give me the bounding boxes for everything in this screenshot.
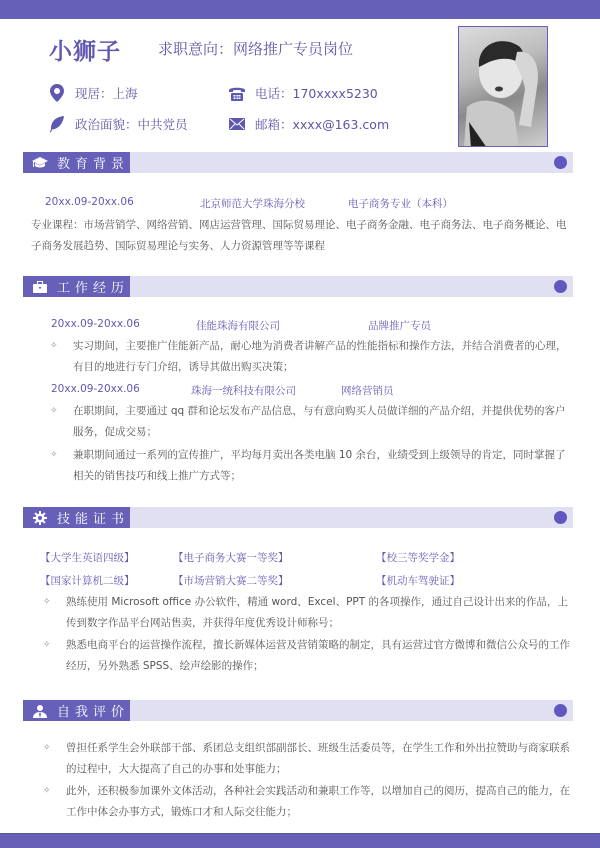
section-dot (554, 156, 567, 169)
job-intent: 求职意向：网络推广专员岗位 (158, 38, 353, 59)
bottom-accent-bar (0, 833, 600, 848)
cert-item: 【市场营销大赛二等奖】 (173, 573, 289, 588)
section-header-education: 教育背景 (23, 152, 573, 173)
profile-photo (458, 26, 548, 147)
section-tag-self: 自我评价 (23, 700, 130, 721)
self-bullet: ✧ 曾担任系学生会外联部干部、系团总支组织部副部长、班级生活委员等，在学生工作和… (43, 738, 578, 780)
bullet-diamond-icon: ✧ (50, 445, 58, 466)
work-period: 20xx.09-20xx.06 (51, 383, 191, 398)
section-header-skills: 技能证书 (23, 507, 573, 528)
section-header-work: 工作经历 (23, 276, 573, 297)
bullet-diamond-icon: ✧ (43, 738, 51, 759)
politics-text: 政治面貌：中共党员 (75, 115, 188, 133)
self-bullet: ✧ 此外，还积极参加课外文体活动，各种社会实践活动和兼职工作等，以增加自己的阅历… (43, 781, 578, 823)
section-tag-education: 教育背景 (23, 152, 130, 173)
cert-item: 【校三等奖学金】 (376, 550, 460, 565)
phone-info: 电话：170xxxx5230 (228, 84, 378, 102)
work-row-1: 20xx.09-20xx.06 佳能珠海有限公司 品牌推广专员 (51, 318, 431, 333)
section-title-skills: 技能证书 (57, 508, 129, 527)
cert-item: 【机动车驾驶证】 (376, 573, 460, 588)
bullet-diamond-icon: ✧ (50, 401, 58, 422)
section-tag-skills: 技能证书 (23, 507, 130, 528)
gear-icon (32, 511, 48, 525)
cert-item: 【电子商务大赛一等奖】 (173, 550, 289, 565)
education-period: 20xx.09-20xx.06 (45, 196, 200, 211)
section-dot (554, 704, 567, 717)
cert-item: 【国家计算机二级】 (40, 573, 135, 588)
email-text: 邮箱：xxxx@163.com (255, 115, 389, 133)
leaf-icon (48, 115, 66, 133)
work-bullet: ✧ 兼职期间通过一系列的宣传推广，平均每月卖出各类电脑 10 余台，业绩受到上级… (50, 445, 570, 487)
person-icon (32, 704, 48, 718)
education-row: 20xx.09-20xx.06 北京师范大学珠海分校 电子商务专业（本科） (45, 196, 453, 211)
bullet-diamond-icon: ✧ (50, 336, 58, 357)
work-period: 20xx.09-20xx.06 (51, 318, 196, 333)
graduation-cap-icon (32, 156, 48, 170)
section-title-work: 工作经历 (57, 277, 129, 296)
education-school: 北京师范大学珠海分校 (200, 196, 348, 211)
section-title-education: 教育背景 (57, 153, 129, 172)
telephone-icon (228, 84, 246, 102)
email-info: 邮箱：xxxx@163.com (228, 115, 389, 133)
education-major: 电子商务专业（本科） (348, 196, 453, 211)
section-tag-work: 工作经历 (23, 276, 130, 297)
work-company: 佳能珠海有限公司 (196, 318, 368, 333)
politics-info: 政治面貌：中共党员 (48, 115, 188, 133)
skills-bullet: ✧ 熟悉电商平台的运营操作流程，擅长新媒体运营及营销策略的制定，具有运营过官方微… (43, 635, 578, 677)
work-position: 网络营销员 (341, 383, 394, 398)
briefcase-icon (32, 280, 48, 294)
work-bullet: ✧ 实习期间，主要推广佳能新产品，耐心地为消费者讲解产品的性能指标和操作方法，并… (50, 336, 570, 378)
work-company: 珠海一统科技有限公司 (191, 383, 341, 398)
envelope-icon (228, 115, 246, 133)
section-title-self: 自我评价 (57, 701, 129, 720)
work-position: 品牌推广专员 (368, 318, 431, 333)
section-dot (554, 280, 567, 293)
cert-item: 【大学生英语四级】 (40, 550, 135, 565)
section-header-self: 自我评价 (23, 700, 573, 721)
bullet-diamond-icon: ✧ (43, 635, 51, 656)
candidate-name: 小狮子 (49, 33, 121, 66)
section-dot (554, 511, 567, 524)
phone-text: 电话：170xxxx5230 (255, 84, 378, 102)
work-bullet: ✧ 在职期间，主要通过 qq 群和论坛发布产品信息，与有意向购买人员做详细的产品… (50, 401, 570, 443)
residence-text: 现居：上海 (75, 84, 138, 102)
bullet-diamond-icon: ✧ (43, 781, 51, 802)
location-pin-icon (48, 84, 66, 102)
skills-bullet: ✧ 熟练使用 Microsoft office 办公软件，精通 word、Exc… (43, 592, 578, 634)
education-courses: 专业课程：市场营销学、网络营销、网店运营管理、国际贸易理论、电子商务金融、电子商… (31, 215, 571, 257)
work-row-2: 20xx.09-20xx.06 珠海一统科技有限公司 网络营销员 (51, 383, 394, 398)
bullet-diamond-icon: ✧ (43, 592, 51, 613)
top-accent-bar (0, 0, 600, 19)
residence-info: 现居：上海 (48, 84, 138, 102)
